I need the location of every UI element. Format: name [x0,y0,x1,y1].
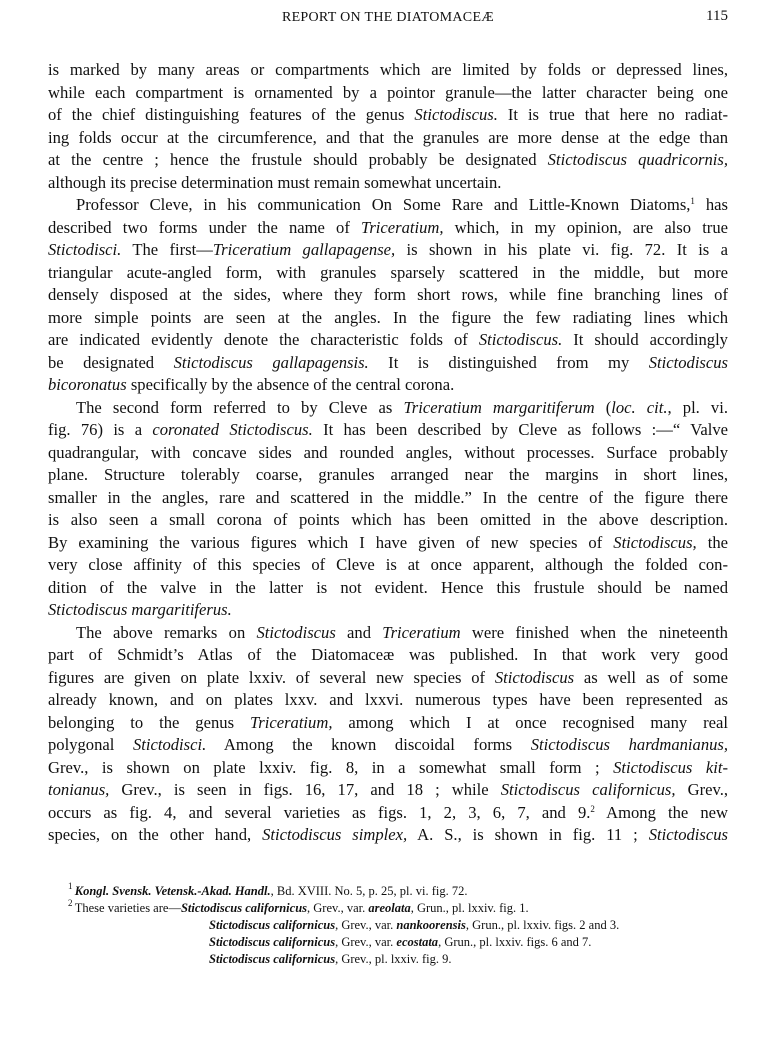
text-run: has [695,195,728,214]
text-run: , pl. vi. [668,398,728,417]
italic-term: Stictodiscus simplex, [262,825,407,844]
footnote: 1 Kongl. Svensk. Vetensk.-Akad. Handl., … [68,883,728,900]
italic-term: Stictodiscus californicus [181,901,307,915]
text-run: Grev., is shown on plate lxxiv. fig. 8, … [48,758,613,777]
text-line: species, on the other hand, Stictodiscus… [48,824,728,847]
text-line: be designated Stictodiscus gallapagensis… [48,352,728,375]
text-run: fig. 76) is a [48,420,152,439]
document-page: REPORT ON THE DIATOMACEÆ 115 is marked b… [0,0,776,1050]
text-run: By examining the various figures which I… [48,533,613,552]
text-line: tonianus, Grev., is seen in figs. 16, 17… [48,779,728,802]
text-run: , Grev., var. [335,935,396,949]
text-line: densely disposed at the sides, where the… [48,284,728,307]
footnote: Stictodiscus californicus, Grev., var. e… [68,934,728,951]
text-run: of the chief distinguishing features of … [48,105,414,124]
text-run: , Grev., var. [335,918,396,932]
italic-term: bicoronatus [48,375,127,394]
italic-term: areolata [368,901,410,915]
italic-term: tonianus, [48,780,109,799]
italic-term: Stictodiscus hardmanianus, [531,735,728,754]
text-line: By examining the various figures which I… [48,532,728,555]
italic-term: Stictodiscus californicus [209,918,335,932]
text-run: The above remarks on [76,623,257,642]
text-run: and [336,623,382,642]
running-title: REPORT ON THE DIATOMACEÆ [48,10,728,26]
italic-term: Stictodiscus californicus [209,952,335,966]
text-line: at the centre ; hence the frustule shoul… [48,149,728,172]
text-run: It is distinguished from my [369,353,649,372]
text-run: It has been described by Cleve as follow… [313,420,728,439]
text-line: Stictodisci. The first—Triceratium galla… [48,239,728,262]
text-run: Grev., is seen in figs. 16, 17, and 18 ;… [109,780,500,799]
text-line: already known, and on plates lxxv. and l… [48,689,728,712]
text-run: very close affinity of this species of C… [48,555,728,574]
text-run: ( [595,398,612,417]
italic-term: Stictodiscus [649,825,728,844]
text-run: at the centre ; hence the frustule shoul… [48,150,548,169]
text-run: figures are given on plate lxxiv. of sev… [48,668,495,687]
text-run: quadrangular, with concave sides and rou… [48,443,728,462]
text-run: is also seen a small corona of points wh… [48,510,728,529]
italic-term: Stictodiscus. [479,330,562,349]
text-run: Professor Cleve, in his communication On… [76,195,690,214]
text-run: A. S., is shown in fig. 11 ; [407,825,649,844]
text-line: The above remarks on Stictodiscus and Tr… [48,622,728,645]
text-line: while each compartment is ornamented by … [48,82,728,105]
footnotes: 1 Kongl. Svensk. Vetensk.-Akad. Handl., … [68,883,728,968]
italic-term: Stictodiscus [649,353,728,372]
italic-term: Stictodiscus, [613,533,696,552]
text-run: which, in my opinion, are also true [444,218,728,237]
italic-term: Stictodiscus californicus, [501,780,676,799]
text-run: Grev., [676,780,728,799]
text-line: figures are given on plate lxxiv. of sev… [48,667,728,690]
page-number: 115 [706,8,728,25]
text-line: ing folds occur at the circumference, an… [48,127,728,150]
text-run: belonging to the genus [48,713,250,732]
text-line: although its precise determination must … [48,172,728,195]
text-run: is shown in his plate vi. fig. 72. It is… [395,240,728,259]
text-run: , Grun., pl. lxxiv. figs. 6 and 7. [438,935,591,949]
text-line: occurs as fig. 4, and several varieties … [48,802,728,825]
italic-term: Stictodiscus [495,668,574,687]
text-run: It should accordingly [562,330,728,349]
italic-term: ecostata [396,935,438,949]
text-line: is also seen a small corona of points wh… [48,509,728,532]
footnote: Stictodiscus californicus, Grev., pl. lx… [68,951,728,968]
text-line: triangular acute-angled form, with granu… [48,262,728,285]
footnote-marker: 2 [68,898,75,908]
text-run: be designated [48,353,174,372]
text-line: The second form referred to by Cleve as … [48,397,728,420]
italic-term: Kongl. Svensk. Vetensk.-Akad. Handl. [75,884,271,898]
text-line: smaller in the angles, rare and scattere… [48,487,728,510]
text-line: plane. Structure tolerably coarse, granu… [48,464,728,487]
text-run: occurs as fig. 4, and several varieties … [48,803,590,822]
text-line: very close affinity of this species of C… [48,554,728,577]
text-line: quadrangular, with concave sides and rou… [48,442,728,465]
italic-term: Triceratium gallapagense, [213,240,395,259]
italic-term: Stictodiscus margaritiferus. [48,600,232,619]
italic-term: Triceratium, [361,218,444,237]
text-run: It is true that here no radiat- [498,105,728,124]
italic-term: Triceratium, [250,713,333,732]
footnote: Stictodiscus californicus, Grev., var. n… [68,917,728,934]
italic-term: Triceratium margaritiferum [403,398,594,417]
italic-term: loc. cit. [611,398,667,417]
text-run: , Bd. XVIII. No. 5, p. 25, pl. vi. fig. … [271,884,468,898]
text-run: densely disposed at the sides, where the… [48,285,728,304]
text-run: is marked by many areas or compartments … [48,60,728,79]
text-line: belonging to the genus Triceratium, amon… [48,712,728,735]
text-line: polygonal Stictodisci. Among the known d… [48,734,728,757]
text-run: smaller in the angles, rare and scattere… [48,488,728,507]
text-line: of the chief distinguishing features of … [48,104,728,127]
italic-term: Stictodisci. [133,735,206,754]
text-run: as well as of some [574,668,728,687]
text-line: Professor Cleve, in his communication On… [48,194,728,217]
text-run: Among the known discoidal forms [206,735,530,754]
text-run: among which I at once recognised many re… [332,713,728,732]
text-line: Grev., is shown on plate lxxiv. fig. 8, … [48,757,728,780]
text-run: are indicated evidently denote the chara… [48,330,479,349]
text-line: is marked by many areas or compartments … [48,59,728,82]
italic-term: Stictodisci. [48,240,121,259]
text-run: , Grev., pl. lxxiv. fig. 9. [335,952,451,966]
text-run: Among the new [595,803,728,822]
text-run: already known, and on plates lxxv. and l… [48,690,728,709]
footnote-marker: 1 [68,881,75,891]
text-line: part of Schmidt’s Atlas of the Diatomace… [48,644,728,667]
text-run: , Grev., var. [307,901,368,915]
text-run: more simple points are seen at the angle… [48,308,728,327]
italic-term: Stictodiscus [257,623,336,642]
text-run: The first— [121,240,213,259]
text-run: triangular acute-angled form, with granu… [48,263,728,282]
text-run: ing folds occur at the circumference, an… [48,128,728,147]
text-line: described two forms under the name of Tr… [48,217,728,240]
text-line: dition of the valve in the latter is not… [48,577,728,600]
text-run: specifically by the absence of the centr… [127,375,455,394]
footnote: 2 These varieties are—Stictodiscus calif… [68,900,728,917]
italic-term: Stictodiscus quadricornis, [548,150,728,169]
text-run: were finished when the nineteenth [461,623,728,642]
text-line: Stictodiscus margaritiferus. [48,599,728,622]
text-run: , Grun., pl. lxxiv. figs. 2 and 3. [466,918,619,932]
text-run: described two forms under the name of [48,218,361,237]
text-run: while each compartment is ornamented by … [48,83,728,102]
page-header: REPORT ON THE DIATOMACEÆ 115 [48,8,728,30]
italic-term: Stictodiscus californicus [209,935,335,949]
text-run: , Grun., pl. lxxiv. fig. 1. [411,901,529,915]
text-line: bicoronatus specifically by the absence … [48,374,728,397]
italic-term: nankoorensis [396,918,465,932]
text-run: the [697,533,728,552]
text-run: The second form referred to by Cleve as [76,398,403,417]
italic-term: Stictodiscus kit- [613,758,728,777]
text-run: part of Schmidt’s Atlas of the Diatomace… [48,645,728,664]
text-line: are indicated evidently denote the chara… [48,329,728,352]
text-run: These varieties are— [75,901,181,915]
text-run: although its precise determination must … [48,173,501,192]
italic-term: Stictodiscus gallapagensis. [174,353,369,372]
italic-term: coronated Stictodiscus. [152,420,312,439]
italic-term: Triceratium [382,623,460,642]
text-run: polygonal [48,735,133,754]
italic-term: Stictodiscus. [414,105,497,124]
body-text: is marked by many areas or compartments … [48,59,728,847]
text-run: plane. Structure tolerably coarse, granu… [48,465,728,484]
text-run: dition of the valve in the latter is not… [48,578,728,597]
text-line: fig. 76) is a coronated Stictodiscus. It… [48,419,728,442]
text-line: more simple points are seen at the angle… [48,307,728,330]
text-run: species, on the other hand, [48,825,262,844]
